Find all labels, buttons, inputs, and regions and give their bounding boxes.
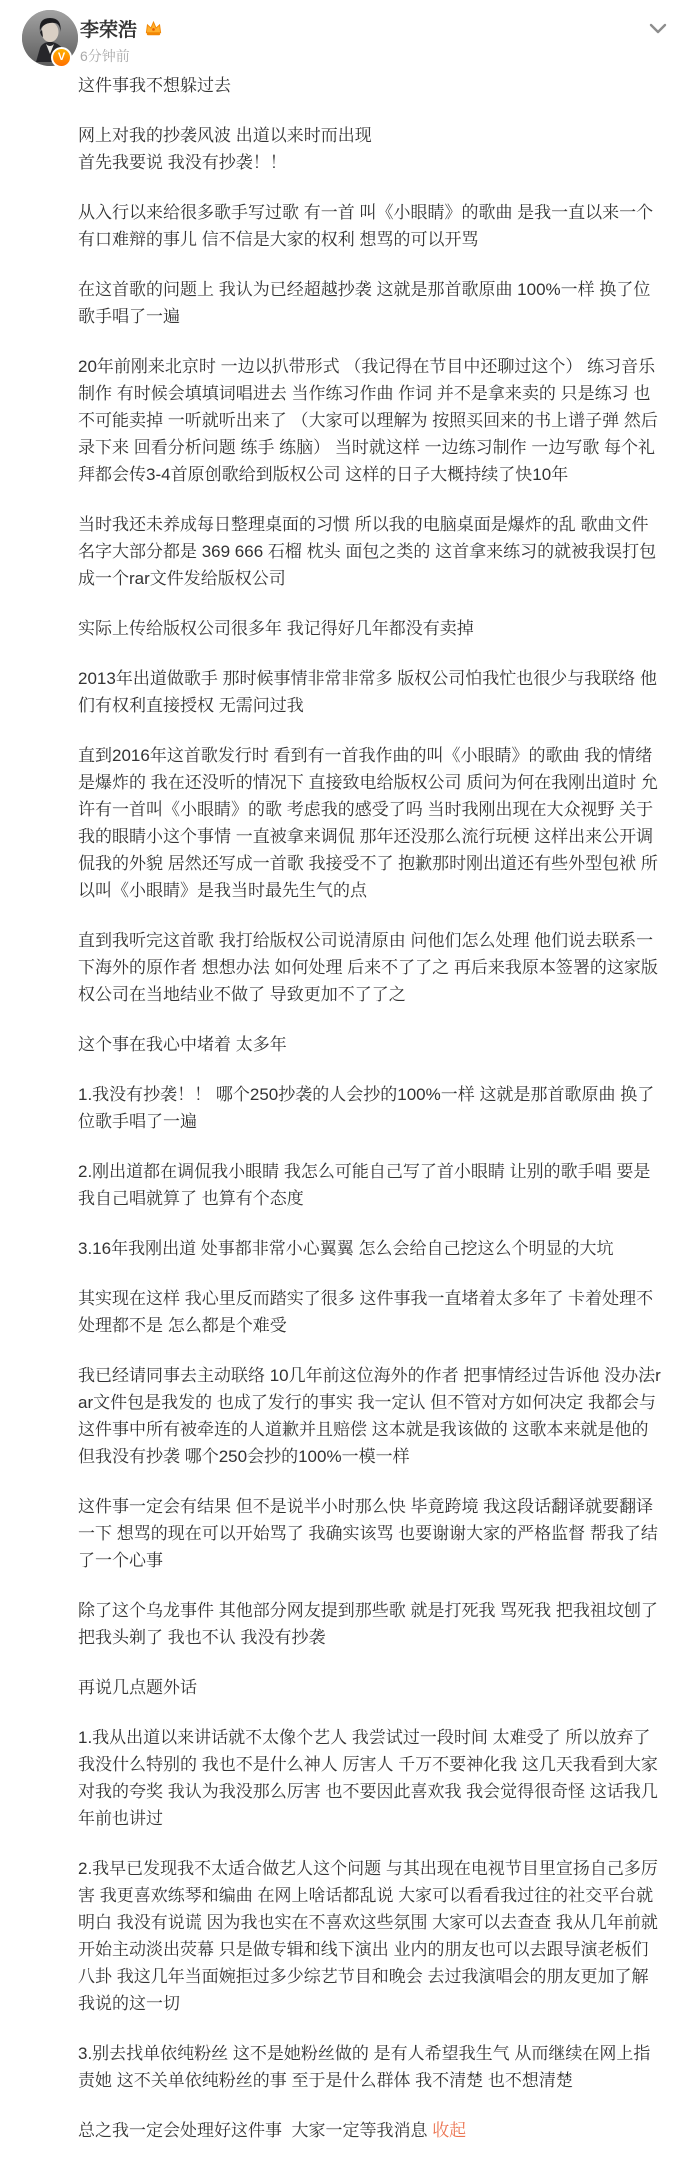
post-paragraph: 我已经请同事去主动联络 10几年前这位海外的作者 把事情经过告诉他 没办法rar… [78, 1362, 662, 1470]
post-paragraph: 这个事在我心中堵着 太多年 [78, 1031, 662, 1058]
post-paragraph: 在这首歌的问题上 我认为已经超越抄袭 这就是那首歌原曲 100%一样 换了位歌手… [78, 276, 662, 330]
verified-v-icon: V [51, 47, 72, 68]
author-name[interactable]: 李荣浩 [80, 15, 137, 42]
vip-crown-icon [144, 19, 163, 38]
post-paragraph: 实际上传给版权公司很多年 我记得好几年都没有卖掉 [78, 615, 662, 642]
post-paragraph: 除了这个乌龙事件 其他部分网友提到那些歌 就是打死我 骂死我 把我祖坟刨了 把我… [78, 1597, 662, 1651]
post-paragraph: 这件事一定会有结果 但不是说半小时那么快 毕竟跨境 我这段话翻译就要翻译一下 想… [78, 1493, 662, 1574]
post-paragraph: 其实现在这样 我心里反而踏实了很多 这件事我一直堵着太多年了 卡着处理不处理都不… [78, 1285, 662, 1339]
post-paragraph: 2.我早已发现我不太适合做艺人这个问题 与其出现在电视节目里宣扬自己多厉害 我更… [78, 1855, 662, 2017]
post-paragraph: 2013年出道做歌手 那时候事情非常非常多 版权公司怕我忙也很少与我联络 他们有… [78, 665, 662, 719]
post-paragraph: 直到2016年这首歌发行时 看到有一首我作曲的叫《小眼睛》的歌曲 我的情绪是爆炸… [78, 742, 662, 904]
post-paragraph: 网上对我的抄袭风波 出道以来时而出现 首先我要说 我没有抄袭！！ [78, 122, 662, 176]
post-paragraph: 2.刚出道都在调侃我小眼睛 我怎么可能自己写了首小眼睛 让别的歌手唱 要是我自己… [78, 1158, 662, 1212]
post-paragraph: 这件事我不想躲过去 [78, 72, 662, 99]
post-paragraph: 3.别去找单依纯粉丝 这不是她粉丝做的 是有人希望我生气 从而继续在网上指责她 … [78, 2040, 662, 2094]
post-paragraph: 3.16年我刚出道 处事都非常小心翼翼 怎么会给自己挖这么个明显的大坑 [78, 1235, 662, 1262]
post-timestamp: 6分钟前 [80, 46, 130, 66]
post-paragraph: 20年前刚来北京时 一边以扒带形式 （我记得在节目中还聊过这个） 练习音乐制作 … [78, 353, 662, 488]
post-paragraph: 直到我听完这首歌 我打给版权公司说清原由 问他们怎么处理 他们说去联系一下海外的… [78, 927, 662, 1008]
post-text: 这件事我不想躲过去网上对我的抄袭风波 出道以来时而出现 首先我要说 我没有抄袭！… [0, 0, 690, 2162]
post-paragraph: 再说几点题外话 [78, 1674, 662, 1701]
post-paragraph: 1.我从出道以来讲话就不太像个艺人 我尝试过一段时间 太难受了 所以放弃了 我没… [78, 1724, 662, 1832]
post-paragraph: 当时我还未养成每日整理桌面的习惯 所以我的电脑桌面是爆炸的乱 歌曲文件名字大部分… [78, 511, 662, 592]
weibo-post: V 李荣浩 6分钟前 这件事我不想躲过去网上对我的抄袭风波 出道以来时而出现 首… [0, 0, 690, 2184]
chevron-down-icon[interactable] [648, 22, 668, 36]
post-paragraph: 从入行以来给很多歌手写过歌 有一首 叫《小眼睛》的歌曲 是我一直以来一个有口难辩… [78, 199, 662, 253]
collapse-link[interactable]: 收起 [432, 2121, 466, 2140]
post-paragraph: 总之我一定会处理好这件事 大家一定等我消息 收起 [78, 2117, 662, 2144]
post-paragraph: 1.我没有抄袭！！ 哪个250抄袭的人会抄的100%一样 这就是那首歌原曲 换了… [78, 1081, 662, 1135]
